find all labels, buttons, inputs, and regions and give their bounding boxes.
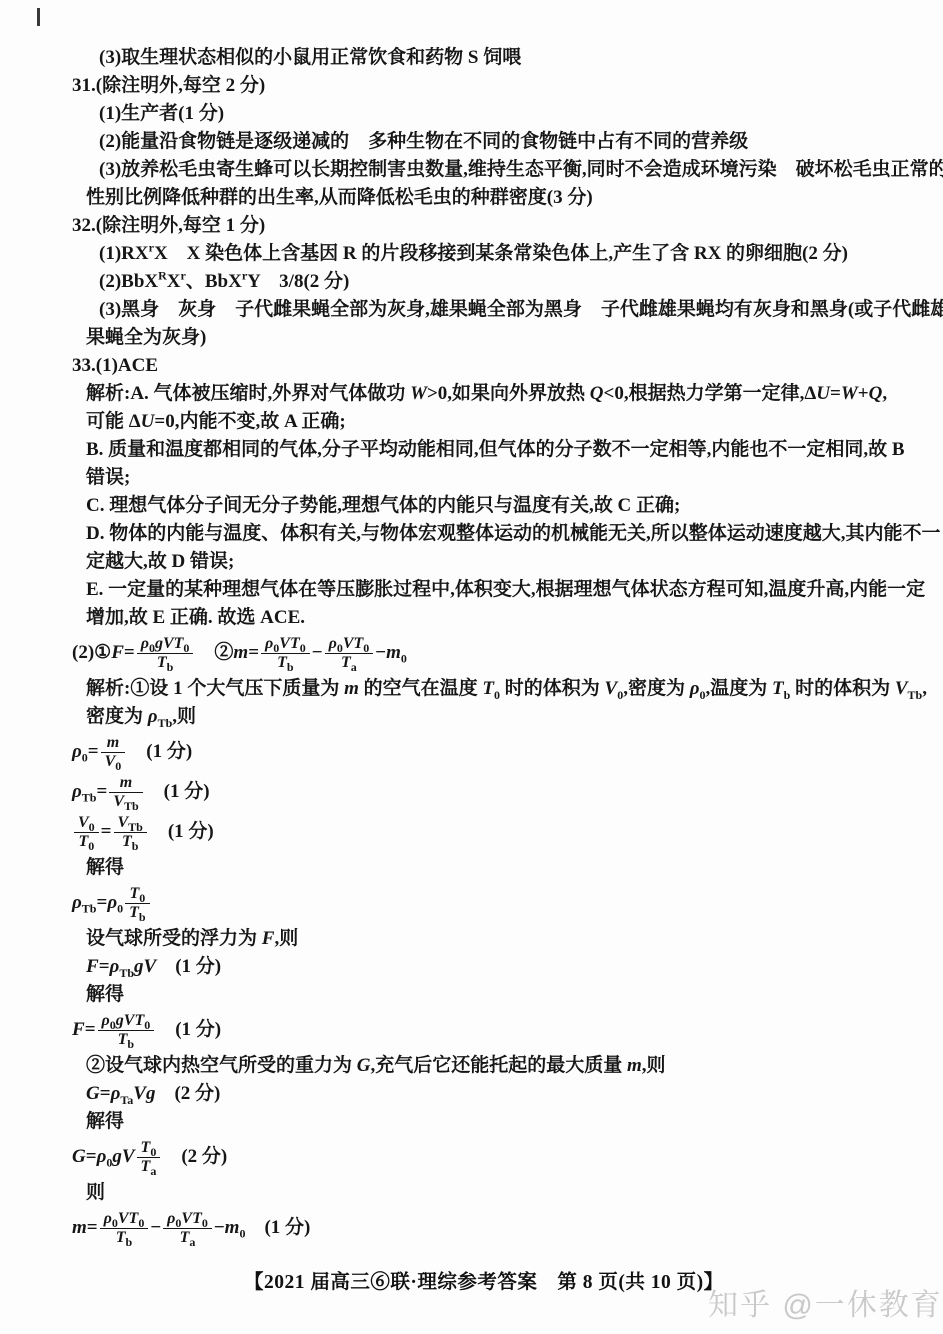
fraction: mVTb [109, 774, 142, 811]
fraction: ρ0VT0Ta [325, 635, 374, 672]
answer-lines: (3)取生理状态相似的小鼠用正常饮食和药物 S 饲喂31.(除注明外,每空 2 … [72, 44, 913, 1250]
text-line: 解得 [86, 854, 913, 882]
text-line: (2)①F=ρ0gVT0Tb ②m=ρ0VT0Tb−ρ0VT0Ta−m0 [72, 635, 913, 672]
fraction: ρ0gVT0Tb [137, 635, 194, 672]
text-line: ρTb=ρ0T0Tb [72, 885, 913, 922]
fraction: VTbTb [114, 814, 147, 851]
text-line: ρ0=mV0 (1 分) [72, 734, 913, 771]
text-line: 则 [86, 1179, 913, 1207]
page: (3)取生理状态相似的小鼠用正常饮食和药物 S 饲喂31.(除注明外,每空 2 … [0, 0, 943, 1334]
fraction: T0Tb [125, 885, 149, 922]
text-line: 可能 ΔU=0,内能不变,故 A 正确; [86, 408, 913, 436]
text-line: F=ρTbgV (1 分) [86, 953, 913, 981]
scan-artifact [37, 8, 40, 26]
text-line: D. 物体的内能与温度、体积有关,与物体宏观整体运动的机械能无关,所以整体运动速… [86, 520, 913, 548]
text-line: 密度为 ρTb,则 [86, 703, 913, 731]
text-line: ρTb=mVTb (1 分) [72, 774, 913, 811]
text-line: (3)黑身 灰身 子代雌果蝇全部为灰身,雄果蝇全部为黑身 子代雌雄果蝇均有灰身和… [99, 296, 913, 324]
text-line: 错误; [86, 464, 913, 492]
watermark: 知乎 @一休教育 [708, 1280, 943, 1324]
text-line: 定越大,故 D 错误; [86, 548, 913, 576]
text-line: 32.(除注明外,每空 1 分) [72, 212, 913, 240]
text-line: B. 质量和温度都相同的气体,分子平均动能相同,但气体的分子数不一定相等,内能也… [86, 436, 913, 464]
fraction: V0T0 [74, 814, 99, 851]
text-line: 33.(1)ACE [72, 352, 913, 380]
text-line: m=ρ0VT0Tb−ρ0VT0Ta−m0 (1 分) [72, 1210, 913, 1247]
fraction: ρ0VT0Ta [163, 1210, 212, 1247]
text-line: 解析:A. 气体被压缩时,外界对气体做功 W>0,如果向外界放热 Q<0,根据热… [86, 380, 913, 408]
text-line: V0T0=VTbTb (1 分) [72, 814, 913, 851]
text-line: 解得 [86, 1108, 913, 1136]
text-line: 解析:①设 1 个大气压下质量为 m 的空气在温度 T0 时的体积为 V0,密度… [86, 675, 913, 703]
text-line: (2)能量沿食物链是逐级递减的 多种生物在不同的食物链中占有不同的营养级 [99, 128, 913, 156]
text-line: G=ρ0gVT0Ta (2 分) [72, 1139, 913, 1176]
text-line: 设气球所受的浮力为 F,则 [86, 925, 913, 953]
text-line: (2)BbXRXr、BbXrY 3/8(2 分) [99, 268, 913, 296]
text-line: (3)取生理状态相似的小鼠用正常饮食和药物 S 饲喂 [99, 44, 913, 72]
text-line: E. 一定量的某种理想气体在等压膨胀过程中,体积变大,根据理想气体状态方程可知,… [86, 576, 913, 604]
fraction: mV0 [101, 734, 126, 771]
text-line: 31.(除注明外,每空 2 分) [72, 72, 913, 100]
text-line: G=ρTaVg (2 分) [86, 1080, 913, 1108]
fraction: ρ0VT0Tb [261, 635, 310, 672]
text-line: 果蝇全为灰身) [86, 324, 913, 352]
text-line: (1)RXrX X 染色体上含基因 R 的片段移接到某条常染色体上,产生了含 R… [99, 240, 913, 268]
text-line: 性别比例降低种群的出生率,从而降低松毛虫的种群密度(3 分) [86, 184, 913, 212]
fraction: T0Ta [137, 1139, 161, 1176]
text-line: (3)放养松毛虫寄生蜂可以长期控制害虫数量,维持生态平衡,同时不会造成环境污染 … [99, 156, 913, 184]
text-line: F=ρ0gVT0Tb (1 分) [72, 1012, 913, 1049]
text-line: ②设气球内热空气所受的重力为 G,充气后它还能托起的最大质量 m,则 [86, 1052, 913, 1080]
fraction: ρ0gVT0Tb [98, 1012, 155, 1049]
text-line: C. 理想气体分子间无分子势能,理想气体的内能只与温度有关,故 C 正确; [86, 492, 913, 520]
text-line: 解得 [86, 981, 913, 1009]
text-line: 增加,故 E 正确. 故选 ACE. [86, 604, 913, 632]
page-footer: 【2021 届高三⑥联·理综参考答案 第 8 页(共 10 页)】 [244, 1266, 724, 1294]
text-line: (1)生产者(1 分) [99, 100, 913, 128]
fraction: ρ0VT0Tb [100, 1210, 149, 1247]
